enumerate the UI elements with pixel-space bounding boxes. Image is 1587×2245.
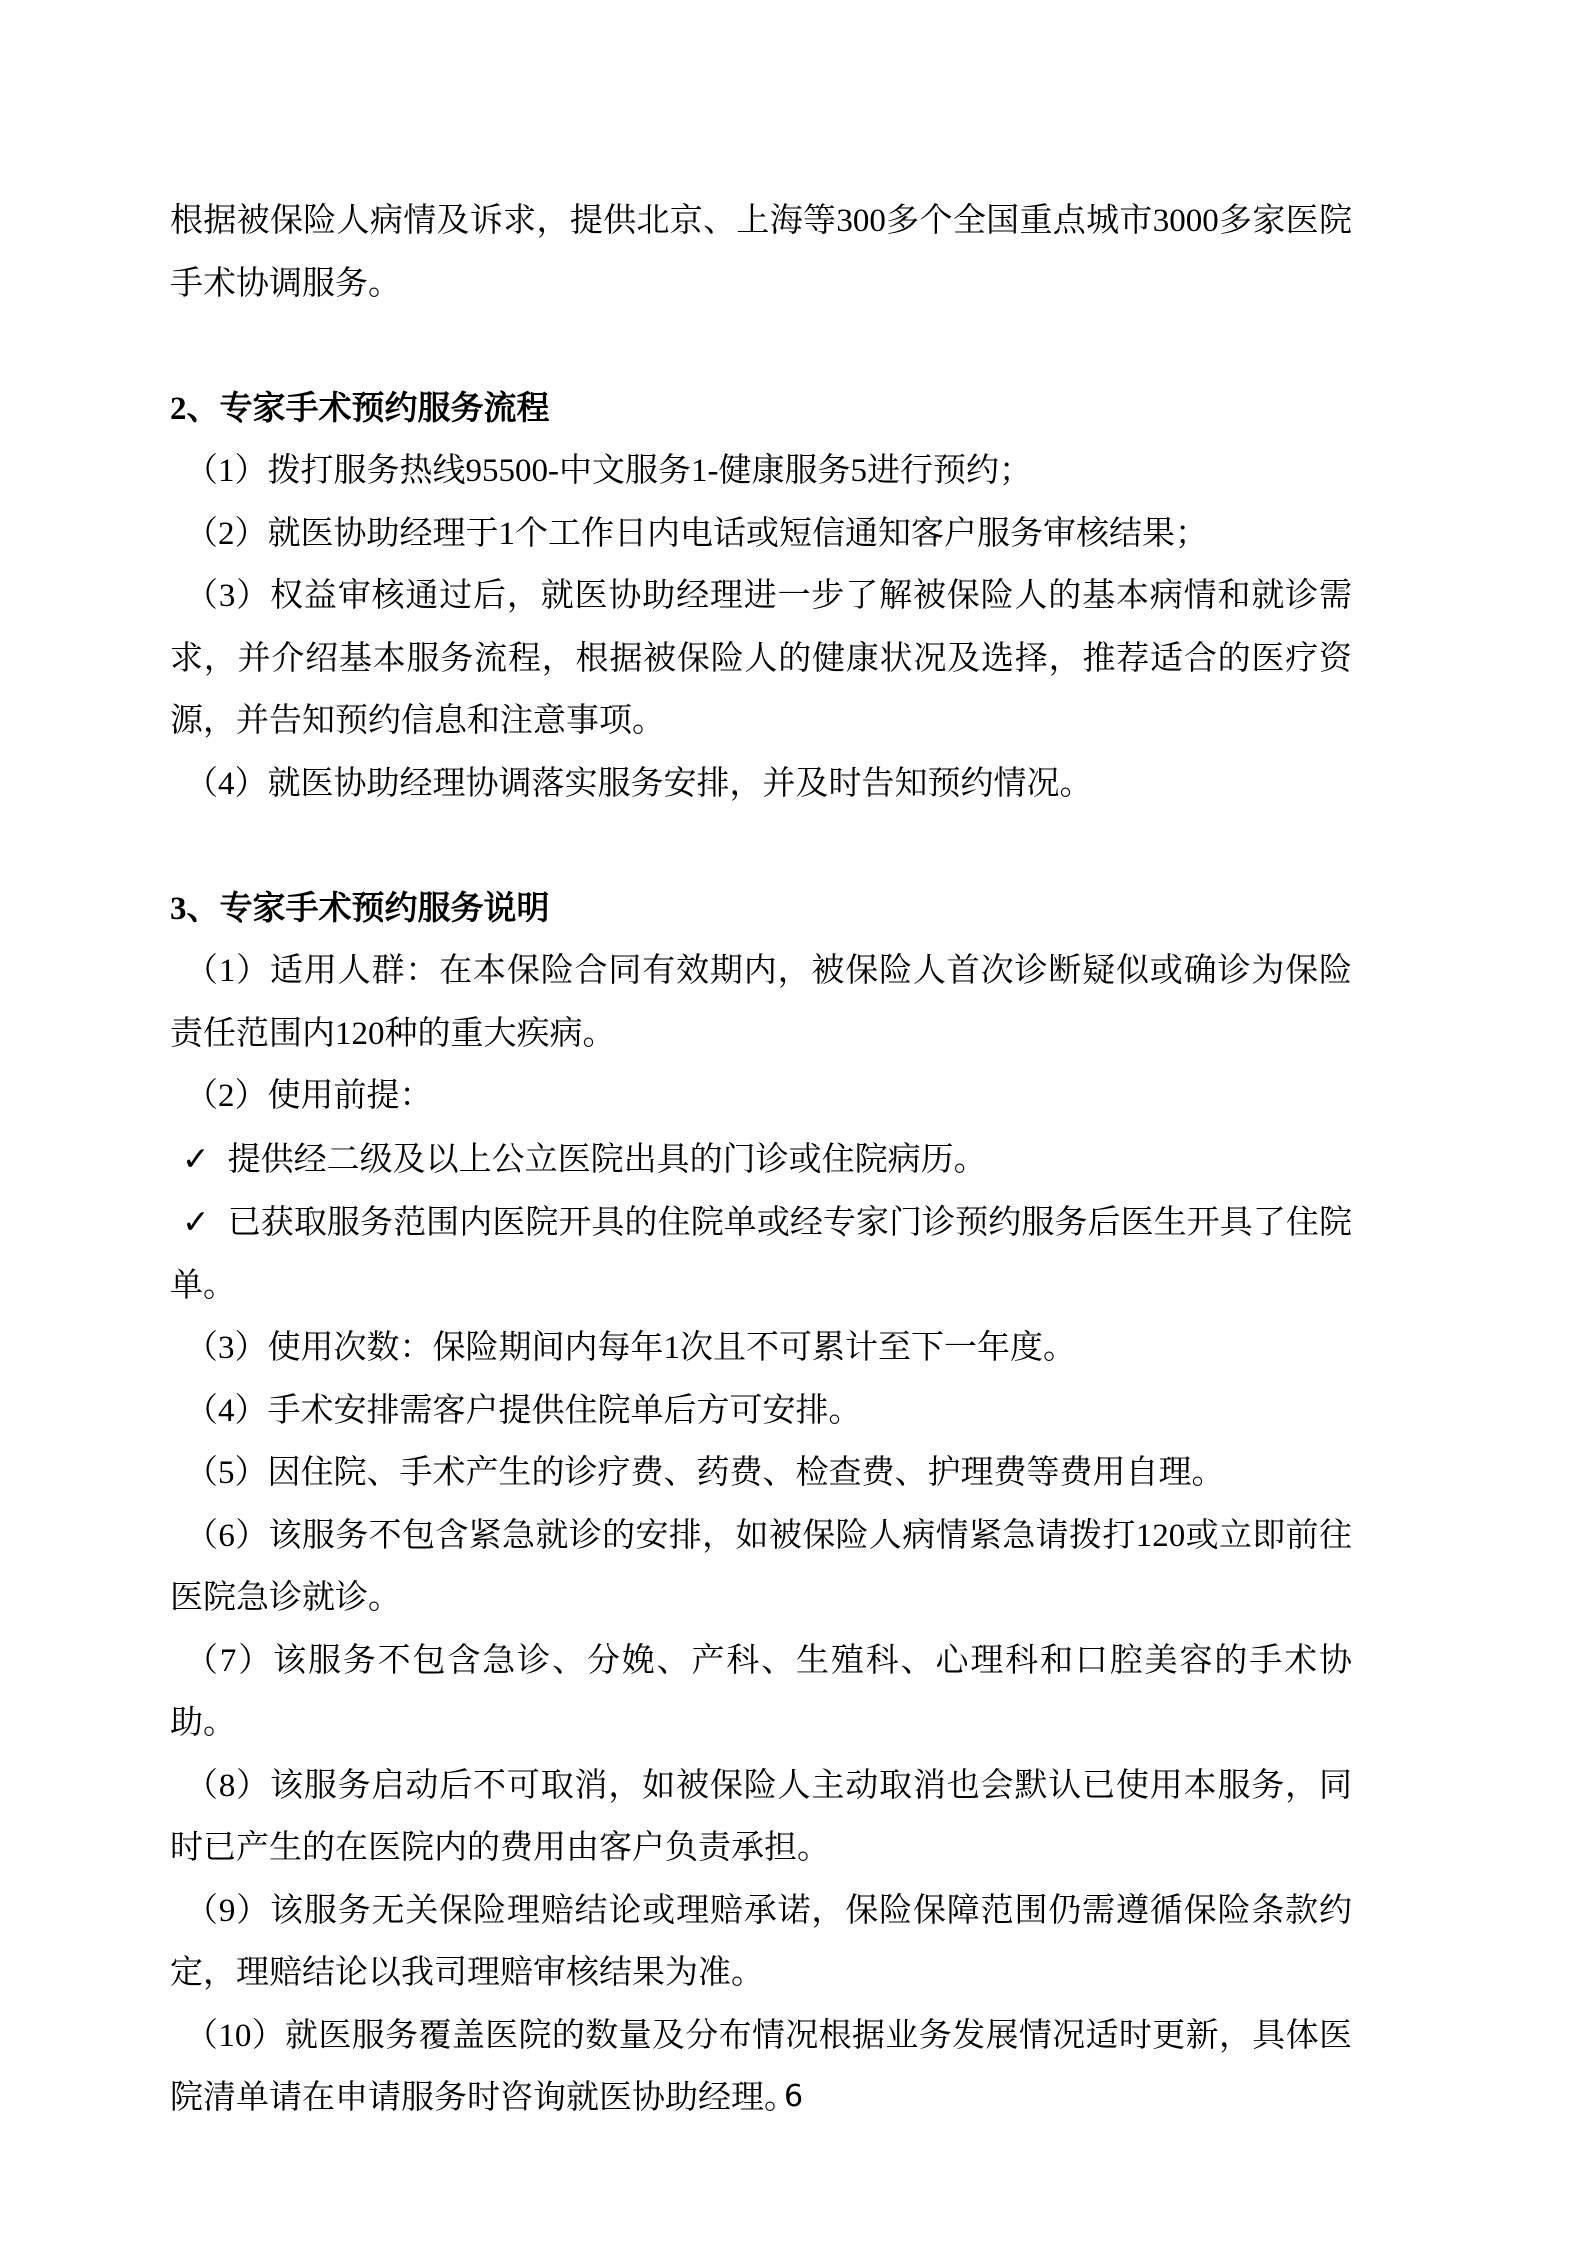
section-heading-procedure: 2、专家手术预约服务流程	[170, 378, 1352, 441]
page-number: 6	[0, 2082, 1587, 2112]
check-item-text: 提供经二级及以上公立医院出具的门诊或住院病历。	[228, 1142, 987, 1178]
notes-item-9: （9）该服务无关保险理赔结论或理赔承诺，保险保障范围仍需遵循保险条款约定，理赔结…	[170, 1880, 1352, 2005]
notes-item-8: （8）该服务启动后不可取消，如被保险人主动取消也会默认已使用本服务，同时已产生的…	[170, 1755, 1352, 1880]
notes-item-1: （1）适用人群：在本保险合同有效期内，被保险人首次诊断疑似或确诊为保险责任范围内…	[170, 940, 1352, 1065]
check-list-item: ✓提供经二级及以上公立医院出具的门诊或住院病历。	[170, 1128, 1352, 1192]
section-heading-notes: 3、专家手术预约服务说明	[170, 878, 1352, 941]
checkmark-icon: ✓	[182, 1128, 210, 1191]
document-body: 根据被保险人病情及诉求，提供北京、上海等300多个全国重点城市3000多家医院手…	[170, 190, 1352, 2130]
notes-item-3: （3）使用次数：保险期间内每年1次且不可累计至下一年度。	[170, 1317, 1352, 1380]
intro-paragraph: 根据被保险人病情及诉求，提供北京、上海等300多个全国重点城市3000多家医院手…	[170, 190, 1352, 315]
procedure-item-4: （4）就医协助经理协调落实服务安排，并及时告知预约情况。	[170, 753, 1352, 816]
document-page: 根据被保险人病情及诉求，提供北京、上海等300多个全国重点城市3000多家医院手…	[0, 0, 1587, 2245]
notes-item-2: （2）使用前提：	[170, 1065, 1352, 1128]
notes-item-6: （6）该服务不包含紧急就诊的安排，如被保险人病情紧急请拨打120或立即前往医院急…	[170, 1505, 1352, 1630]
notes-item-7: （7）该服务不包含急诊、分娩、产科、生殖科、心理科和口腔美容的手术协助。	[170, 1630, 1352, 1755]
check-item-text: 已获取服务范围内医院开具的住院单或经专家门诊预约服务后医生开具了住院单。	[170, 1205, 1352, 1304]
check-list-item: ✓已获取服务范围内医院开具的住院单或经专家门诊预约服务后医生开具了住院单。	[170, 1191, 1352, 1317]
procedure-item-2: （2）就医协助经理于1个工作日内电话或短信通知客户服务审核结果；	[170, 503, 1352, 566]
checkmark-icon: ✓	[182, 1191, 210, 1254]
notes-item-4: （4）手术安排需客户提供住院单后方可安排。	[170, 1380, 1352, 1443]
procedure-item-1: （1）拨打服务热线95500-中文服务1-健康服务5进行预约；	[170, 440, 1352, 503]
procedure-item-3: （3）权益审核通过后，就医协助经理进一步了解被保险人的基本病情和就诊需求，并介绍…	[170, 565, 1352, 753]
notes-item-5: （5）因住院、手术产生的诊疗费、药费、检查费、护理费等费用自理。	[170, 1442, 1352, 1505]
